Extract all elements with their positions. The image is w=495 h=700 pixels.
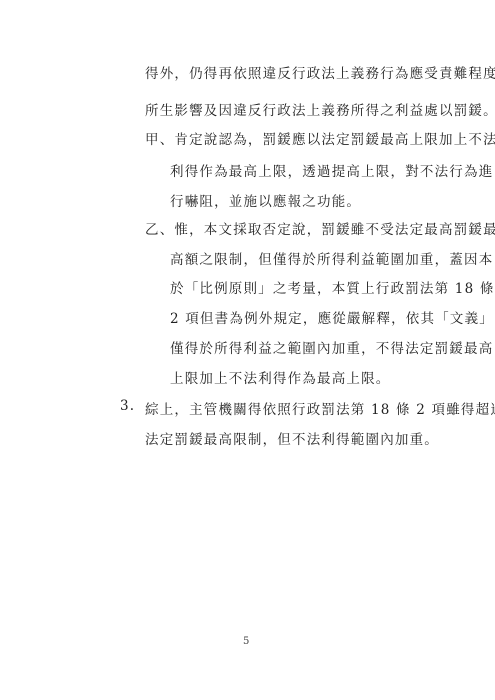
item-3-line: 綜上，主管機關得依照行政罰法第 18 條 2 項雖得超過 bbox=[145, 398, 495, 418]
item-yi-line: 僅得於所得利益之範圍內加重，不得法定罰鍰最高 bbox=[170, 337, 493, 357]
item-yi-line: 乙、惟，本文採取否定說，罰鍰雖不受法定最高罰鍰最 bbox=[145, 218, 495, 238]
item-yi-line: 於「比例原則」之考量，本質上行政罰法第 18 條 bbox=[170, 277, 495, 297]
item-jia-line: 利得作為最高上限，透過提高上限，對不法行為進 bbox=[170, 160, 493, 180]
page-number: 5 bbox=[243, 636, 249, 647]
item-yi-line: 2 項但書為例外規定，應從嚴解釋，依其「文義」 bbox=[170, 307, 494, 327]
item-3-line: 法定罰鍰最高限制，但不法利得範圍內加重。 bbox=[145, 428, 439, 448]
paragraph-line: 所生影響及因違反行政法上義務所得之利益處以罰鍰。 bbox=[145, 99, 495, 119]
item-yi-line: 高額之限制，但僅得於所得利益範圍加重，蓋因本 bbox=[170, 248, 493, 268]
item-jia-line: 甲、肯定說認為，罰鍰應以法定罰鍰最高上限加上不法 bbox=[145, 128, 495, 148]
item-3-number: 3. bbox=[120, 398, 135, 414]
item-yi-line: 上限加上不法利得作為最高上限。 bbox=[170, 367, 391, 387]
paragraph-line: 得外，仍得再依照違反行政法上義務行為應受責難程度、 bbox=[145, 62, 495, 82]
item-jia-line: 行嚇阻，並施以應報之功能。 bbox=[170, 190, 361, 210]
